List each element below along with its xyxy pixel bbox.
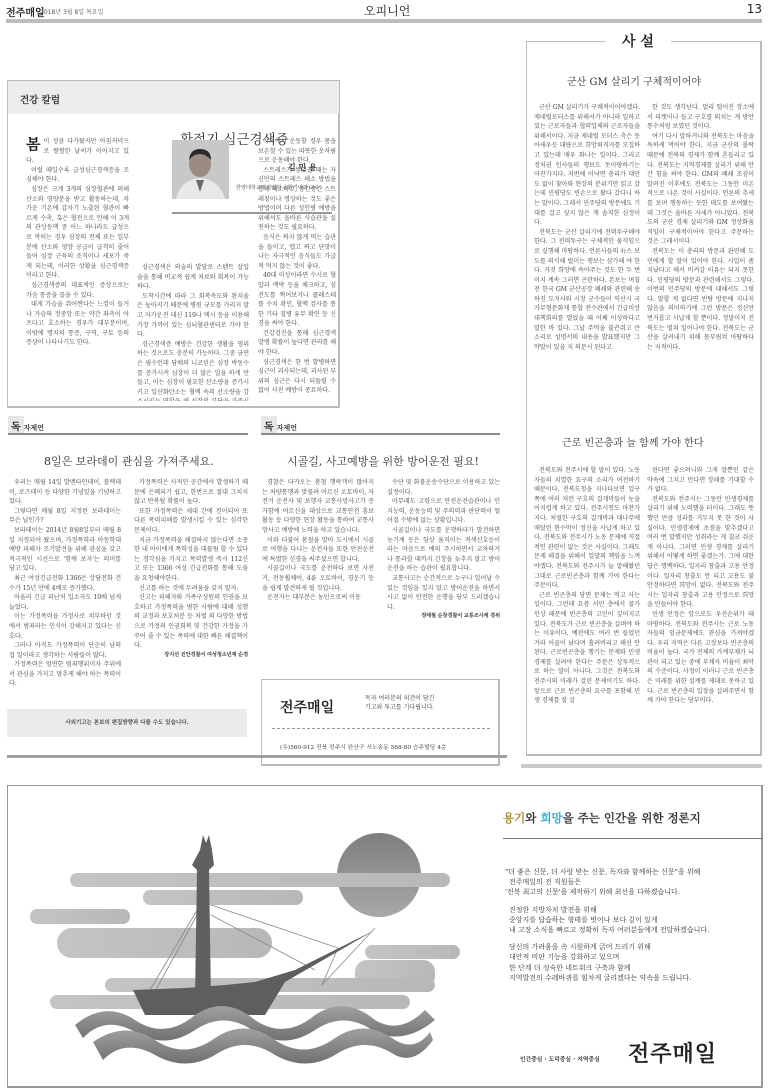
contact-brand: 전주매일 xyxy=(280,697,334,717)
label-small: 자제언 xyxy=(24,424,44,432)
paragraph: 또한 가정폭력은 세대 간에 전이되어 또 다른 폭력피해를 발생시킬 수 있는… xyxy=(134,507,248,536)
ad-rule xyxy=(503,838,763,839)
reader-left-title: 8일은 보라데이 관심을 가져주세요. xyxy=(44,453,214,469)
slogan-text: 을 주는 인간을 위한 정론지 xyxy=(563,811,701,825)
reader-opinion-label-right: 독자제언 xyxy=(261,415,297,434)
reader-right-signature: 정태철 순창경찰서 교통조사계 경위 xyxy=(387,612,500,622)
paragraph: 가정폭력은 사적인 공간에서 발생하기 때문에 은폐되기 쉽고, 한번으로 절대… xyxy=(134,478,248,507)
paragraph: 그러나 아직도 가정폭력이 단순히 남의 집 일이라고 생각하는 사람들이 많다… xyxy=(9,641,121,660)
paragraph: 이럴 때일수록 급성심근경색증을 조심해야 한다. xyxy=(26,166,129,185)
paragraph: 운전자는 대부분은 농민으로써 이동 xyxy=(262,593,374,603)
paragraph: 우리는 매월 14일 발렌타인데이, 블랙데이, 로즈데이 등 다양한 기념일을… xyxy=(9,478,121,507)
paragraph: 심근경색은 한 번 발병하면 심근이 괴사되는데, 괴사된 부위의 심근은 다시… xyxy=(258,358,336,396)
ad-line: 내 고장 소식을 빠르고 정확히 독자 여러분들에게 전달하겠습니다. xyxy=(509,925,709,935)
contact-message-line: 독자 여러분의 의견이 담긴 xyxy=(365,694,434,703)
paragraph: 보라데이는 2014년 8월8일부터 매월 8일 지정되어 왔으며, 가정폭력과… xyxy=(9,526,121,574)
paragraph: 심근경색증의 대표적인 증상으로는 가슴 통증을 꼽을 수 있다. xyxy=(26,281,129,300)
paragraph: 이 성큼 다가왔지만 아침저녁으로 쌀쌀한 날씨가 이어지고 있다. xyxy=(26,138,129,164)
submission-box xyxy=(261,679,500,766)
author-photo xyxy=(172,140,229,199)
ad-line: 대안적 비판 기능을 강화하고 있으며 xyxy=(509,952,709,962)
ad-line: 당신의 가려움을 속 시원하게 긁어 드리기 위해 xyxy=(509,942,709,952)
paragraph: 그렇다면 매월 8일 지정된 보라데이는 무슨 날인가? xyxy=(9,507,121,526)
contact-divider xyxy=(272,728,490,729)
health-col-1: 봄이 성큼 다가왔지만 아침저녁으로 쌀쌀한 날씨가 이어지고 있다. 이럴 때… xyxy=(26,137,129,348)
paragraph: 40대 이상이라면 수시로 혈압과 맥박 등을 체크하고, 심전도를 찍어보거나… xyxy=(258,271,336,329)
paragraph: 전북도는 이 총리의 방문과 관련해 도민에게 할 말이 있어야 한다. 시일이… xyxy=(647,247,754,353)
paragraph: 경찰은 다가오는 봄철 행락객이 많아지는 차량통행과 맞물려 어르신 오토바이… xyxy=(262,478,374,536)
ad-brand-logo: 전주매일 xyxy=(628,1037,717,1068)
reader-right-col-2: 수단 및 화물운송수단으로 이용하고 있는 실정이다. 아무래도 고령으로 안전… xyxy=(387,478,500,622)
paragraph: 군산 GM 살리기가 구체적이어야겠다. 제네럴모터스를 위해서가 아니라 일하… xyxy=(534,103,640,228)
editorial-1-col-1: 군산 GM 살리기가 구체적이어야겠다. 제네럴모터스를 위해서가 아니라 일하… xyxy=(534,103,640,352)
editorial-section-title: 사 설 xyxy=(622,31,654,51)
paragraph: 전북도는 군산 살리기에 전력투구해야 한다. 그 전력투구는 구체적인 움직임… xyxy=(534,228,640,353)
reader-rule-left xyxy=(8,433,248,435)
reader-left-col-1: 우리는 매월 14일 발렌타인데이, 블랙데이, 로즈데이 등 다양한 기념일을… xyxy=(9,478,121,689)
paragraph: 아무래도 고령으로 안전운전습관이나 인지능력, 운동능력 및 주의력과 판단력… xyxy=(387,497,500,526)
paragraph: 근로 빈곤층의 당면 문제는 먹고 사는 일이다. 그런데 요즘 서민 층에서 … xyxy=(534,591,640,706)
health-col-2: 심근경색은 의술의 발달로 스텐트 삽입술을 통해 비교적 쉽게 치료와 회복이… xyxy=(137,263,249,401)
slogan-text: 와 xyxy=(525,811,540,825)
dropcap: 봄 xyxy=(26,137,40,152)
paragraph: 도착시간에 따라 그 회복속도와 완치율은 높아지기 때문에 병원 규모를 가리… xyxy=(137,292,249,340)
reader-left-col-2: 가정폭력은 사적인 공간에서 발생하기 때문에 은폐되기 쉽고, 한번으로 절대… xyxy=(134,478,248,660)
paragraph: 심장은 크게 3개의 심장혈관에 의해 산소와 영양분을 받고 활동하는데, 차… xyxy=(26,185,129,281)
paragraph: 린다면 좋으려니와 그게 말뿐인 같은 약속에 그치고 만다면 장래를 기대할 … xyxy=(647,466,754,495)
reader-right-col-1: 경찰은 다가오는 봄철 행락객이 많아지는 차량통행과 맞물려 어르신 오토바이… xyxy=(262,478,374,603)
paragraph: 음식은 짜지 않게 먹는 습관을 들이고, 맵고 짜고 단맛이 나는 자극적인 … xyxy=(258,233,336,271)
editorial-bottom-rule xyxy=(521,764,762,768)
paragraph: 신고를 하는 것에 두려움을 갖지 말자. xyxy=(134,584,248,594)
paragraph: 민생 안정은 앞으로도 우선순위가 돼 마땅하다. 전북도와 전주시는 근로 노… xyxy=(647,610,754,706)
ad-line: 중앙지를 답습하는 형태를 벗어나 보다 깊이 있게 xyxy=(509,915,709,925)
ad-pledge-text: "더 좋은 신문, 더 사랑 받는 신문, 독자와 함께하는 신문"을 위해 전… xyxy=(505,867,709,990)
editorial-1-title: 군산 GM 살리기 구체적이어야 xyxy=(567,73,701,88)
reader-opinion-label-left: 독자제언 xyxy=(8,415,44,434)
ship-illustration-icon xyxy=(25,810,465,1070)
label-small: 자제언 xyxy=(277,424,297,432)
paragraph: 야외에서 운동할 경우 몸을 보온할 수 있는 따뜻한 옷차림으로 운동해야 한… xyxy=(258,137,336,166)
section-rule xyxy=(7,755,507,758)
paragraph: 전북도와 전주시는 그동안 민생경제를 살리기 위해 노력했을 터이다. 그래도… xyxy=(647,495,754,610)
paragraph: 심근경색증 예방은 건강한 생활을 영위하는 것으로도 충분히 가능하다. 그중… xyxy=(137,340,249,401)
ad-line: 지역발전의 수레바퀴를 힘차게 굴리겠다는 약속을 드립니다. xyxy=(509,973,709,983)
paragraph: 한 것도 생각난다. 멀리 떨어진 장소에서 피켓이나 들고 구호를 외치는 게… xyxy=(647,103,754,132)
ad-slogan: 용기와 희망을 주는 인간을 위한 정론지 xyxy=(503,810,701,826)
ad-tagline: 인간중심 · 도덕중심 · 지역중심 xyxy=(520,1054,600,1063)
paragraph: 수단 및 화물운송수단으로 이용하고 있는 실정이다. xyxy=(387,478,500,497)
paragraph: 이와 더불어 봄철을 맞아 도시에서 시골로 여행을 다니는 운전자들 또한 안… xyxy=(262,536,374,565)
issue-date: 2018년 3월 8일 목요일 xyxy=(40,7,103,16)
header-rule xyxy=(6,19,762,23)
contact-message: 독자 여러분의 의견이 담긴 기고와 투고를 기다립니다. xyxy=(365,694,434,712)
paragraph: 가정폭력은 엄연한 범죄행위이자 주위에서 관심을 가지고 멈추게 해야 하는 … xyxy=(9,660,121,689)
ad-line: '전북 최고의 신문'을 제작하기 위해 최선을 다하겠습니다. xyxy=(505,887,709,897)
contribution-disclaimer: 사외기고는 본보의 편집방향과 다를 수도 있습니다. xyxy=(7,709,247,737)
editorial-2-col-1: 전북도와 전주시에 할 말이 있다. 노동자들의 치열한 요구의 소리가 여전하… xyxy=(534,466,640,706)
ad-line: 전주매일의 전 직원들은 xyxy=(505,877,709,887)
paragraph: 시골길이나 국도를 운행하다가 발견하면 농기계 등은 항상 움직이는 적색신호… xyxy=(387,526,500,574)
reader-left-signature: 장지선 진안경찰서 여성청소년계 순경 xyxy=(134,651,248,661)
health-column-label: 건강 칼럼 xyxy=(20,92,60,106)
paragraph: 교통사고는 순간적으로 누구나 일어날 수 있는 것임을 잊지 말고 방어운전을… xyxy=(387,574,500,612)
ad-line: "더 좋은 신문, 더 사랑 받는 신문, 독자와 함께하는 신문"을 위해 xyxy=(505,867,709,877)
paragraph: 스트레스가 쌓였을 때는 자신만의 스트레스 해소 방법을 통해 해소하고, 중… xyxy=(258,166,336,233)
label-big: 독 xyxy=(8,416,24,434)
contact-address: (우)560-912 전북 전주시 완산구 서노송동 568-80 승주빌딩 4… xyxy=(280,742,446,751)
slogan-hope: 희망 xyxy=(540,811,562,825)
slogan-courage: 용기 xyxy=(503,811,525,825)
paragraph: 전북도와 전주시에 할 말이 있다. 노동자들의 치열한 요구의 소리가 여전하… xyxy=(534,466,640,591)
ad-line: 한 단계 더 성숙한 네트워크 구축과 함께 xyxy=(509,963,709,973)
health-col-3: 야외에서 운동할 경우 몸을 보온할 수 있는 따뜻한 옷차림으로 운동해야 한… xyxy=(258,137,336,396)
editorial-1-col-2: 한 것도 생각난다. 멀리 떨어진 장소에서 피켓이나 들고 구호를 외치는 게… xyxy=(647,103,754,352)
paragraph: 시골길이나 국도를 운전하다 보면 자전거, 전동휠체어, 4륜 오토바이, 경… xyxy=(262,564,374,593)
paragraph: 여기 다시 말하거니와 전북도는 마음을 독하게 먹어야 한다. 지금 군산의 … xyxy=(647,132,754,247)
paragraph: 이는 가정폭력을 가정사로 치부하던 것에서 범죄라는 인식이 강해지고 있다는… xyxy=(9,612,121,641)
page-number: 13 xyxy=(747,2,762,16)
editorial-2-title: 근로 빈곤층과 늘 함께 가야 한다 xyxy=(562,434,703,449)
paragraph: 심근경색은 의술의 발달로 스텐트 삽입술을 통해 비교적 쉽게 치료와 회복이… xyxy=(137,263,249,292)
reader-right-title: 시골길, 사고예방을 위한 방어운전 필요! xyxy=(287,453,479,469)
paragraph: 지금 가정폭력을 해결하지 않는다면 소중한 내 아이에게 폭력성을 대물림 할… xyxy=(134,536,248,584)
section-title: 오피니언 xyxy=(364,2,410,19)
contact-message-line: 기고와 투고를 기다립니다. xyxy=(365,703,434,712)
paragraph: 건강검진을 통해 심근경색 발병 확률이 높다면 관리를 해야 한다. xyxy=(258,329,336,358)
paragraph: 아울러 긴급 피난처 입소자도 10배 넘게 늘었다. xyxy=(9,593,121,612)
ad-line: 진정한 지방자치 발전을 위해 xyxy=(509,905,709,915)
editorial-2-col-2: 린다면 좋으려니와 그게 말뿐인 같은 약속에 그치고 만다면 장래를 기대할 … xyxy=(647,466,754,706)
author-portrait-icon xyxy=(172,140,229,199)
paragraph: 신고는 피해자와 가족구성원의 인권을 보호하고 가정폭력을 범한 사람에 대해… xyxy=(134,593,248,651)
masthead-paper-name: 전주매일 xyxy=(6,4,45,19)
label-big: 독 xyxy=(261,416,277,434)
reader-rule-right xyxy=(261,433,500,435)
paragraph: 대게 가슴을 쥐어짠다는 느낌이 들거나 가슴의 정중앙 또는 약간 좌측이 아… xyxy=(26,300,129,348)
paragraph: 최근 여성긴급전화 1366은 상담전화 건수가 15년 만에 4배로 증가했다… xyxy=(9,574,121,593)
